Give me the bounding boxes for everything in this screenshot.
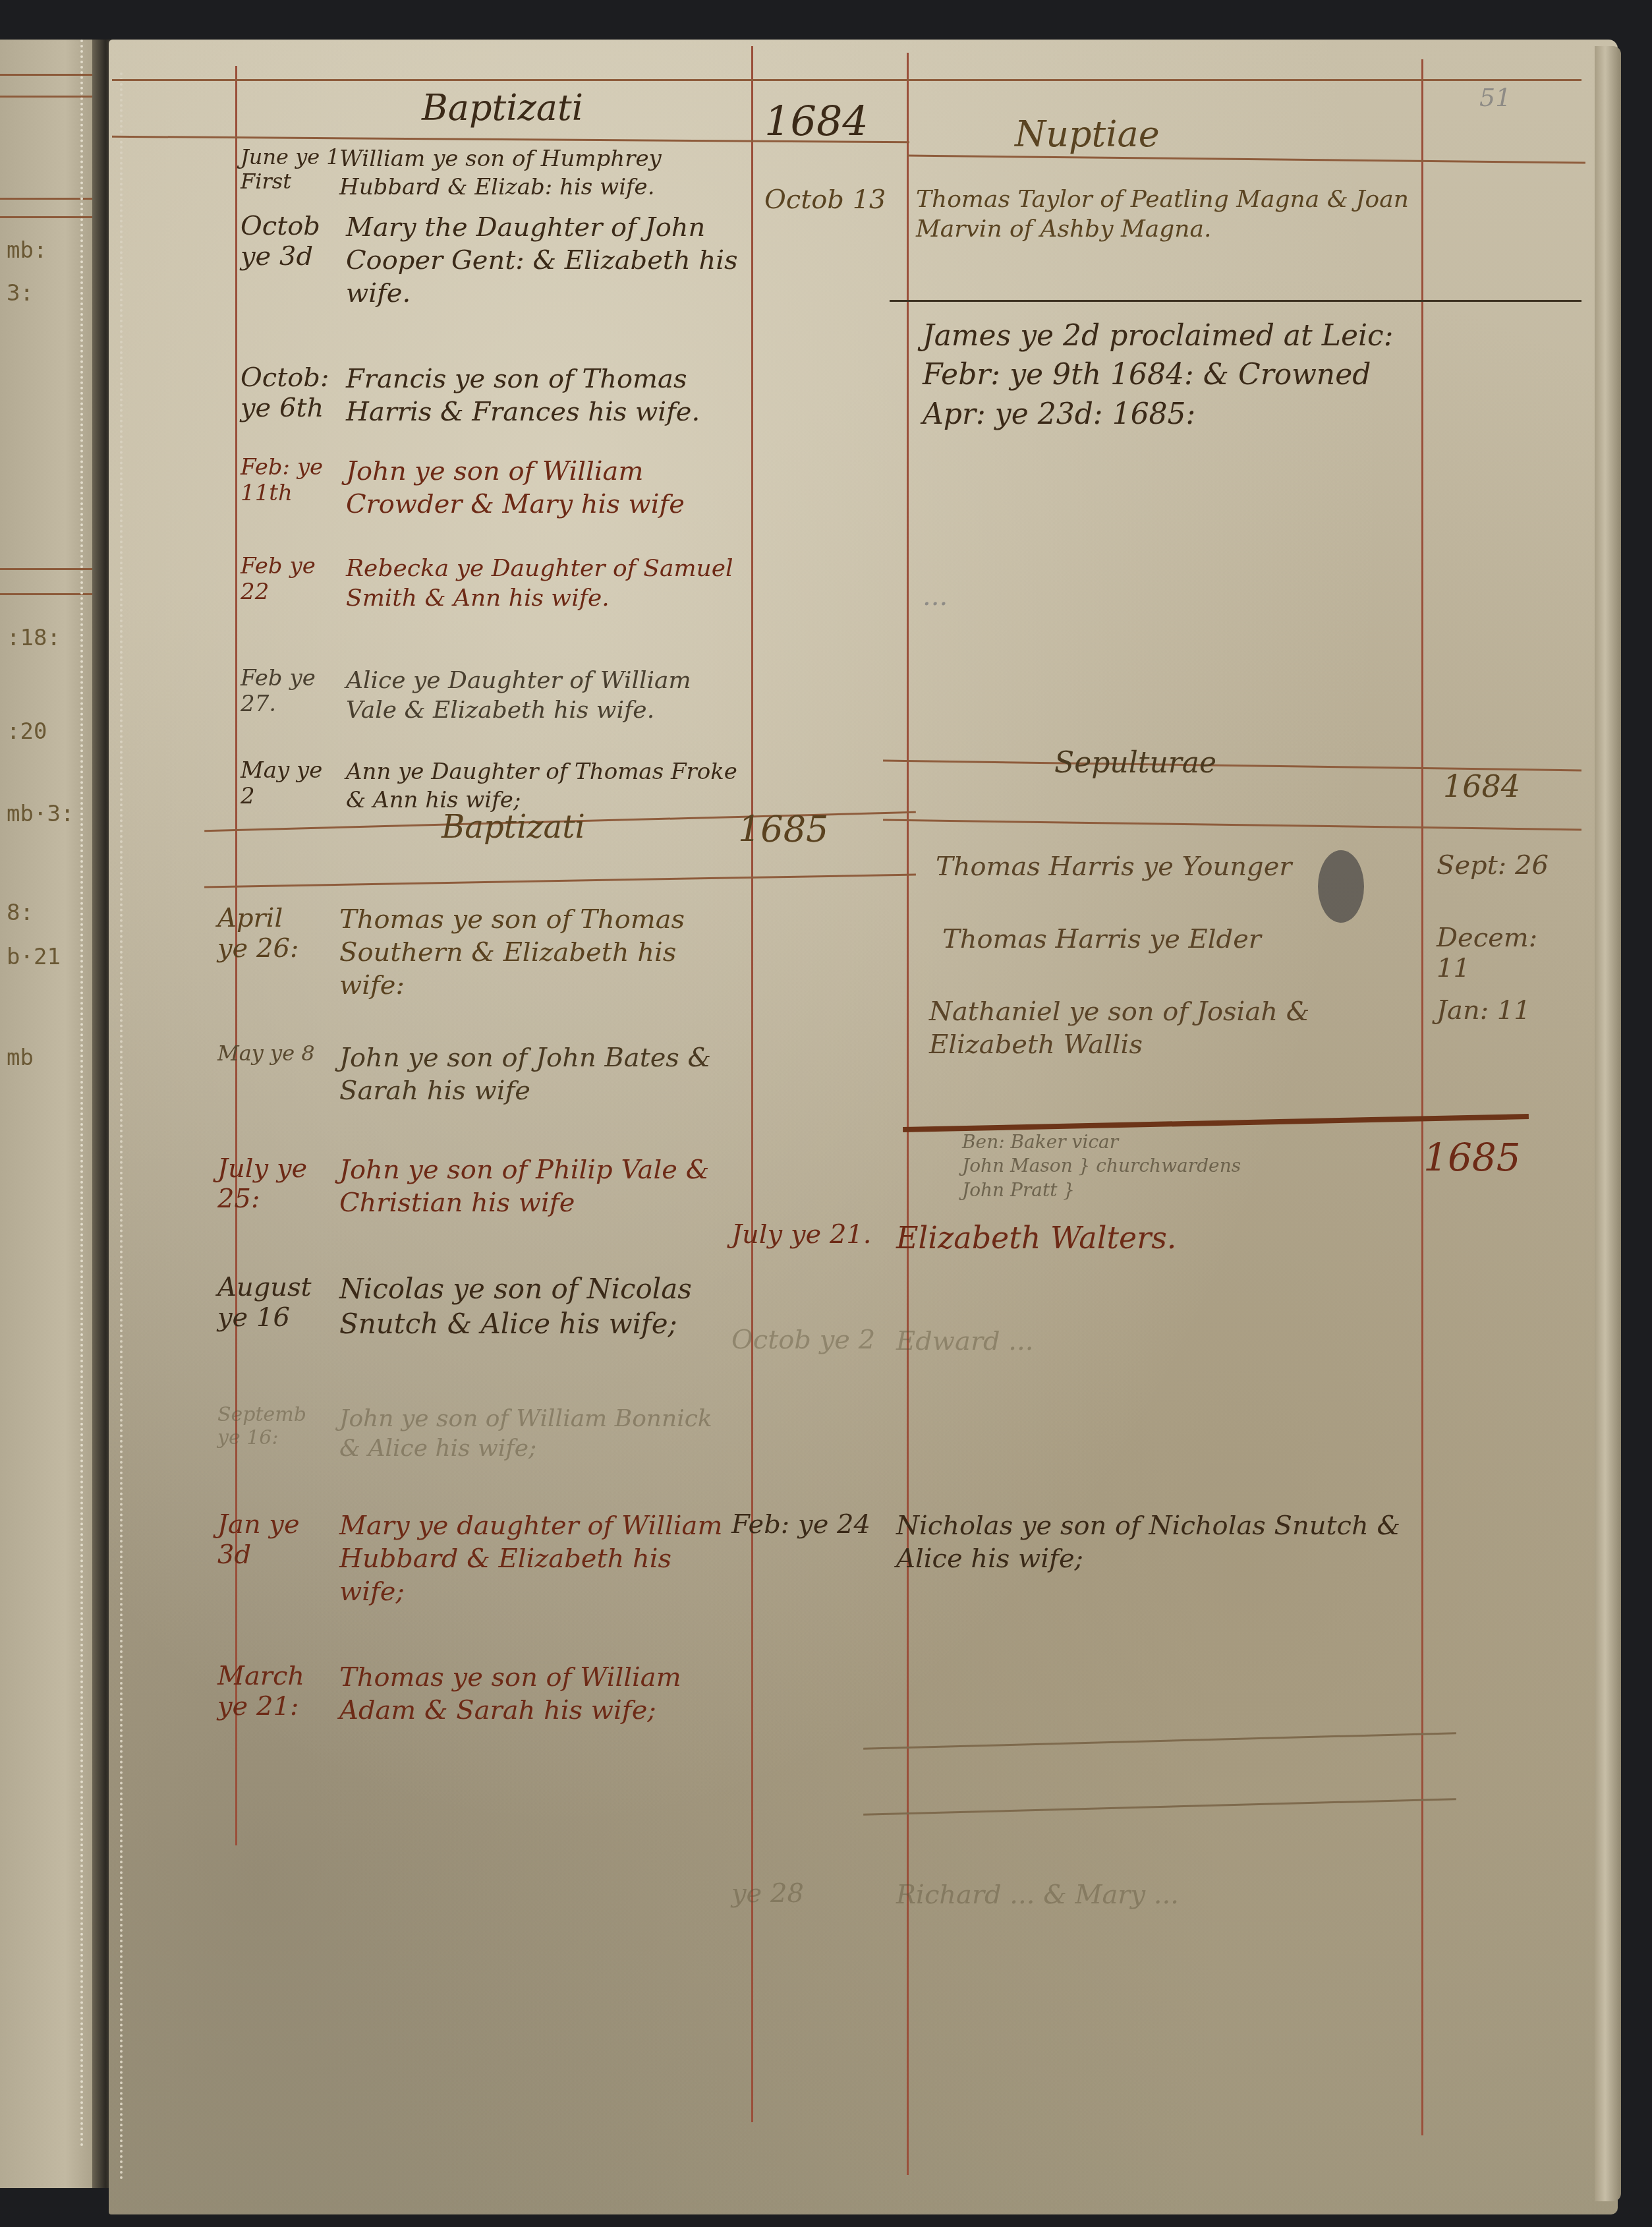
baptisms-1685-heading: Baptizati [441, 807, 585, 847]
entry-date: July ye 25: [217, 1153, 316, 1214]
bleed-through-text: ... [923, 580, 1423, 613]
entry-text: Nathaniel ye son of Josiah & Elizabeth W… [929, 995, 1417, 1061]
entry-date: Feb: ye 24 [731, 1509, 890, 1540]
entry-date: June ye 1 First [241, 145, 343, 194]
left-page-rule [0, 74, 92, 76]
left-margin-fragment: mb: [7, 237, 47, 264]
left-margin-fragment: :18: [7, 625, 61, 651]
binding-stitch [120, 72, 123, 2182]
baptisms-1685-year: 1685 [738, 807, 828, 852]
left-page-rule [0, 593, 92, 595]
entry-date: May ye 2 [241, 758, 333, 809]
entry-date: Jan ye 3d [217, 1509, 316, 1570]
entry-date: April ye 26: [217, 903, 316, 964]
entry-text: Mary the Daughter of John Cooper Gent: &… [346, 211, 741, 310]
entry-date: Feb ye 22 [241, 554, 333, 605]
marriage-text: Thomas Taylor of Peatling Magna & Joan M… [916, 185, 1417, 244]
entry-text: Mary ye daughter of William Hubbard & El… [339, 1509, 735, 1608]
entry-date: Sept: 26 [1437, 850, 1568, 881]
baptisms-1684-year: 1684 [764, 96, 869, 147]
entry-text: John ye son of Philip Vale & Christian h… [339, 1153, 735, 1219]
entry-text: John ye son of William Crowder & Mary hi… [346, 455, 741, 521]
entry-date: May ye 8 [217, 1041, 316, 1066]
column-rule [907, 53, 909, 2175]
entry-date: Jan: 11 [1437, 995, 1568, 1026]
left-margin-fragment: mb [7, 1045, 34, 1071]
column-rule [751, 46, 753, 2122]
entry-date: Feb ye 27. [241, 666, 333, 717]
left-margin-fragment: 8: [7, 900, 34, 926]
entry-text: Ann ye Daughter of Thomas Froke & Ann hi… [346, 758, 741, 814]
entry-text: Edward ... [896, 1325, 1423, 1358]
left-margin-fragment: :20 [7, 718, 47, 745]
marriages-heading: Nuptiae [1015, 112, 1160, 157]
entry-text: John ye son of John Bates & Sarah his wi… [339, 1041, 735, 1107]
left-page-rule [0, 216, 92, 218]
entry-date: July ye 21. [731, 1219, 890, 1250]
churchwardens-note: Ben: Baker vicar John Mason } churchward… [962, 1130, 1390, 1202]
entry-text: Thomas ye son of Thomas Southern & Eliza… [339, 903, 735, 1002]
entry-date: Septemb ye 16: [217, 1404, 316, 1449]
entry-text: Alice ye Daughter of William Vale & Eliz… [346, 666, 741, 725]
burials-1685-year: 1685 [1423, 1134, 1521, 1182]
entry-text: William ye son of Humphrey Hubbard & Eli… [339, 145, 735, 201]
entry-date: ye 28 [731, 1878, 890, 1909]
ink-blot [1318, 850, 1364, 923]
baptisms-1684-heading: Baptizati [422, 86, 583, 130]
entry-date: Octob: ye 6th [241, 362, 333, 423]
entry-text: John ye son of William Bonnick & Alice h… [339, 1404, 735, 1463]
entry-text: Thomas ye son of William Adam & Sarah hi… [339, 1661, 735, 1727]
binding-stitch [80, 40, 83, 2149]
left-margin-fragment: mb·3: [7, 801, 74, 827]
left-margin-fragment: b·21 [7, 944, 61, 970]
entry-text: Nicolas ye son of Nicolas Snutch & Alice… [339, 1272, 735, 1341]
entry-text: Elizabeth Walters. [896, 1219, 1423, 1258]
entry-date: Decem: 11 [1437, 923, 1568, 983]
entry-date: August ye 16 [217, 1272, 316, 1333]
burials-heading: Sepulturae [1054, 745, 1216, 781]
folio-number: 51 [1479, 82, 1511, 114]
entry-date: Octob ye 2 [731, 1325, 890, 1355]
entry-date: Octob ye 3d [241, 211, 333, 272]
entry-text: Richard ... & Mary ... [896, 1878, 1423, 1911]
entry-date: Feb: ye 11th [241, 455, 333, 506]
left-margin-fragment: 3: [7, 280, 34, 306]
left-page-rule [0, 96, 92, 98]
page-stack-edge [1595, 46, 1621, 2201]
row-rule [890, 300, 1581, 302]
entry-text: Thomas Harris ye Elder [942, 923, 1430, 956]
james-ii-proclamation-note: James ye 2d proclaimed at Leic: Febr: ye… [923, 316, 1423, 434]
entry-text: Rebecka ye Daughter of Samuel Smith & An… [346, 554, 741, 613]
row-rule [112, 79, 1581, 81]
left-page-rule [0, 568, 92, 570]
entry-text: Nicholas ye son of Nicholas Snutch & Ali… [896, 1509, 1423, 1575]
marriage-date: Octob 13 [764, 185, 903, 215]
left-page-rule [0, 198, 92, 200]
burials-1684-year: 1684 [1443, 768, 1520, 806]
entry-text: Francis ye son of Thomas Harris & France… [346, 362, 741, 428]
entry-date: March ye 21: [217, 1661, 316, 1721]
